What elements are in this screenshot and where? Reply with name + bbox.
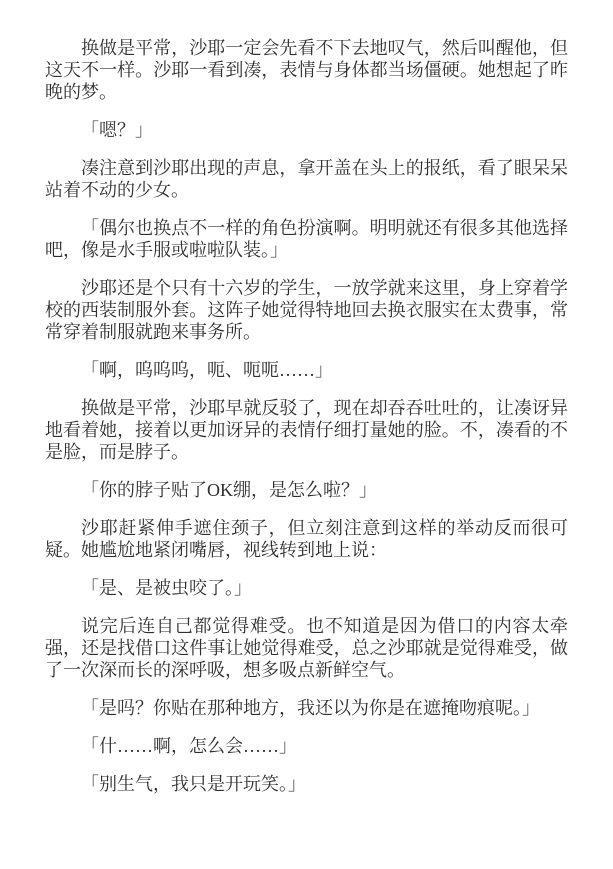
dialogue-paragraph: 「别生气，我只是开玩笑。」 [45, 773, 568, 795]
dialogue-paragraph: 「啊，呜呜呜，呃、呃呃……」 [45, 359, 568, 381]
dialogue-paragraph: 「是吗？你贴在那种地方，我还以为你是在遮掩吻痕呢。」 [45, 697, 568, 719]
paragraph: 换做是平常，沙耶早就反驳了，现在却吞吞吐吐的，让凑讶异地看着她，接着以更加讶异的… [45, 397, 568, 463]
dialogue-paragraph: 「嗯？」 [45, 119, 568, 141]
paragraph: 换做是平常，沙耶一定会先看不下去地叹气，然后叫醒他，但这天不一样。沙耶一看到凑，… [45, 37, 568, 103]
paragraph: 说完后连自己都觉得难受。也不知道是因为借口的内容太牵强，还是找借口这件事让她觉得… [45, 615, 568, 681]
paragraph: 凑注意到沙耶出现的声息，拿开盖在头上的报纸，看了眼呆呆站着不动的少女。 [45, 157, 568, 201]
paragraph: 沙耶赶紧伸手遮住颈子，但立刻注意到这样的举动反而很可疑。她尴尬地紧闭嘴唇，视线转… [45, 517, 568, 561]
dialogue-paragraph: 「什……啊，怎么会……」 [45, 735, 568, 757]
dialogue-paragraph: 「偶尔也换点不一样的角色扮演啊。明明就还有很多其他选择吧，像是水手服或啦啦队装。… [45, 217, 568, 261]
paragraph: 沙耶还是个只有十六岁的学生，一放学就来这里，身上穿着学校的西装制服外套。这阵子她… [45, 277, 568, 343]
novel-text-page: 换做是平常，沙耶一定会先看不下去地叹气，然后叫醒他，但这天不一样。沙耶一看到凑，… [0, 0, 613, 869]
dialogue-paragraph: 「你的脖子贴了OK绷，是怎么啦？」 [45, 479, 568, 501]
dialogue-paragraph: 「是、是被虫咬了。」 [45, 577, 568, 599]
